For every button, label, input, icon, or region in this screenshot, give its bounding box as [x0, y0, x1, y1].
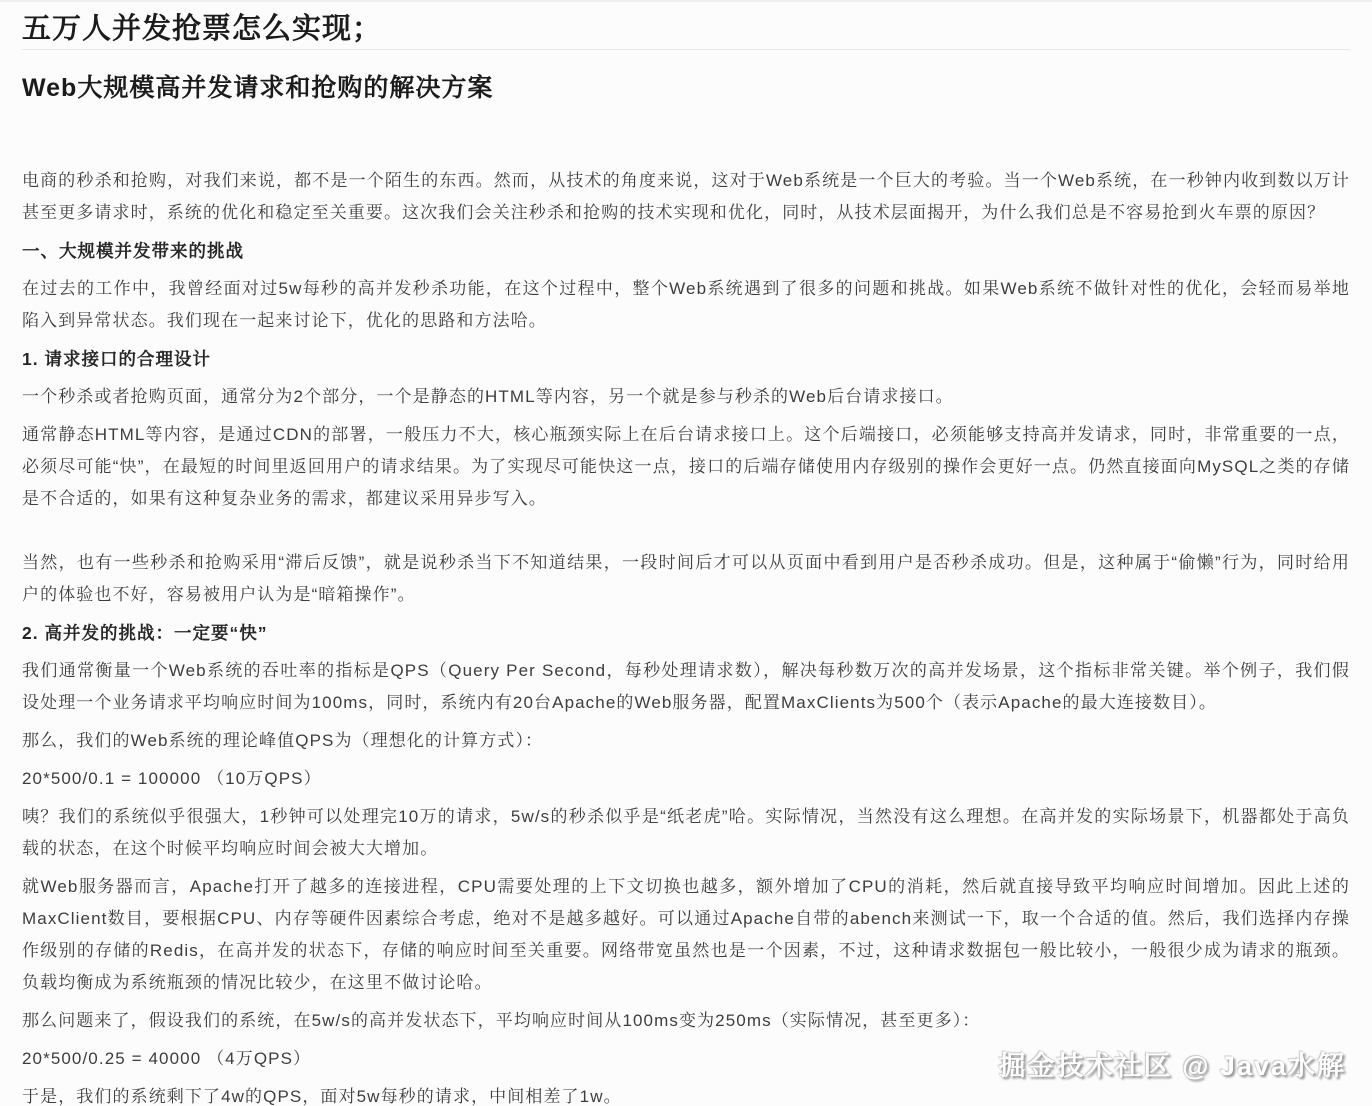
- paragraph-sub1-3: 当然，也有一些秒杀和抢购采用“滞后反馈”，就是说秒杀当下不知道结果，一段时间后才…: [22, 547, 1350, 611]
- paragraph-sub1-1: 一个秒杀或者抢购页面，通常分为2个部分，一个是静态的HTML等内容，另一个就是参…: [22, 381, 1350, 413]
- page-title: 五万人并发抢票怎么实现；: [22, 12, 1350, 46]
- paragraph-sub2-lead: 那么，我们的Web系统的理论峰值QPS为（理想化的计算方式）：: [22, 725, 1350, 757]
- heading-section-1: 一、大规模并发带来的挑战: [22, 235, 1350, 267]
- formula-qps-ideal: 20*500/0.1 = 100000 （10万QPS）: [22, 763, 1350, 795]
- page-subtitle: Web大规模高并发请求和抢购的解决方案: [22, 73, 1350, 103]
- paragraph-sub2-2: 咦？我们的系统似乎很强大，1秒钟可以处理完10万的请求，5w/s的秒杀似乎是“纸…: [22, 801, 1350, 865]
- watermark: 掘金技术社区 @ Java水解: [999, 1044, 1346, 1083]
- heading-subsection-2: 2. 高并发的挑战：一定要“快”: [22, 617, 1350, 649]
- paragraph-sub2-5: 于是，我们的系统剩下了4w的QPS，面对5w每秒的请求，中间相差了1w。: [22, 1081, 1350, 1106]
- title-divider: [22, 49, 1350, 50]
- heading-subsection-1: 1. 请求接口的合理设计: [22, 343, 1350, 375]
- article-header: 五万人并发抢票怎么实现； Web大规模高并发请求和抢购的解决方案: [0, 12, 1372, 103]
- paragraph-sub2-4: 那么问题来了，假设我们的系统，在5w/s的高并发状态下，平均响应时间从100ms…: [22, 1005, 1350, 1037]
- paragraph-section1-1: 在过去的工作中，我曾经面对过5w每秒的高并发秒杀功能，在这个过程中，整个Web系…: [22, 273, 1350, 337]
- article-page: 五万人并发抢票怎么实现； Web大规模高并发请求和抢购的解决方案 电商的秒杀和抢…: [0, 0, 1372, 1106]
- paragraph-intro: 电商的秒杀和抢购，对我们来说，都不是一个陌生的东西。然而，从技术的角度来说，这对…: [22, 165, 1350, 229]
- paragraph-sub1-2: 通常静态HTML等内容，是通过CDN的部署，一般压力不大，核心瓶颈实际上在后台请…: [22, 419, 1350, 515]
- article-body: 电商的秒杀和抢购，对我们来说，都不是一个陌生的东西。然而，从技术的角度来说，这对…: [0, 165, 1372, 1106]
- paragraph-sub2-1: 我们通常衡量一个Web系统的吞吐率的指标是QPS（Query Per Secon…: [22, 655, 1350, 719]
- paragraph-sub2-3: 就Web服务器而言，Apache打开了越多的连接进程，CPU需要处理的上下文切换…: [22, 871, 1350, 999]
